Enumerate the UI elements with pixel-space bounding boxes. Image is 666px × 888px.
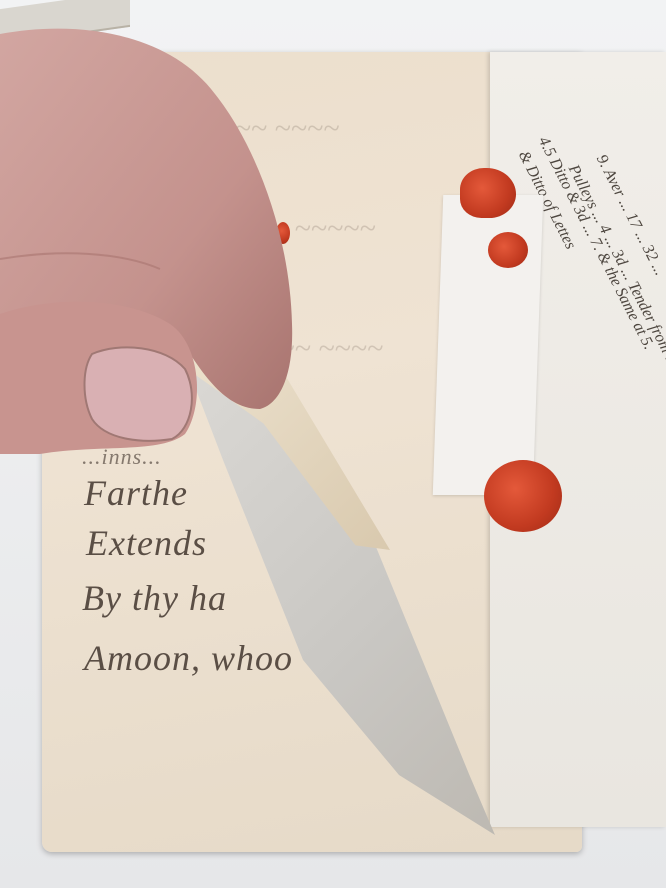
wax-seal — [488, 232, 528, 268]
manuscript-line: By thy ha — [82, 577, 227, 619]
wax-seal — [460, 168, 516, 218]
manuscript-line: Extends — [86, 522, 207, 564]
wax-seal — [484, 460, 562, 532]
manuscript-line: Farthe — [84, 472, 188, 514]
manuscript-line: Amoon, whoo — [84, 637, 293, 679]
paper-strip — [433, 195, 543, 495]
hand — [0, 24, 330, 464]
